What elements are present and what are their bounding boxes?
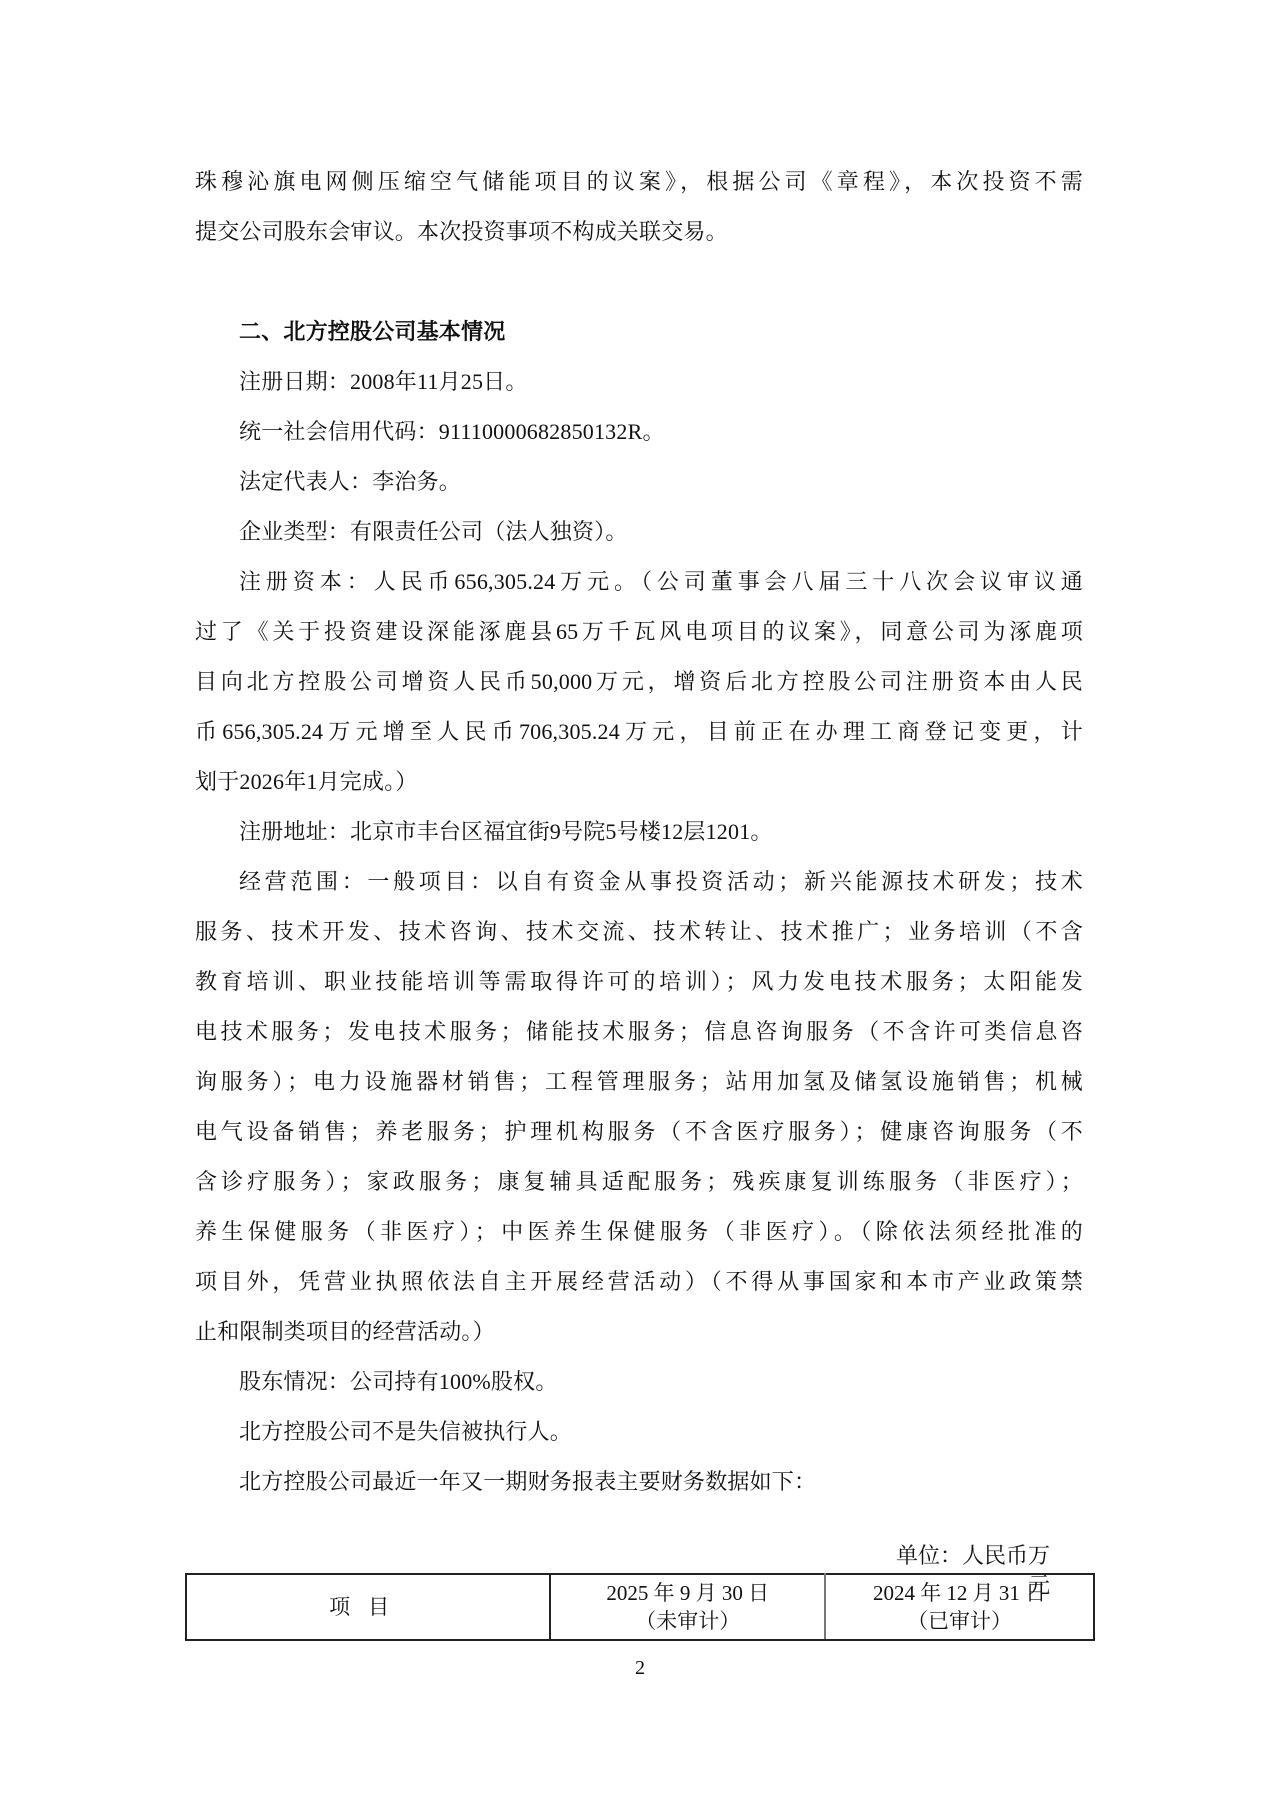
shareholder-info: 股东情况：公司持有100%股权。 xyxy=(239,1367,1083,1397)
business-scope-line-5: 询服务）；电力设施器材销售；工程管理服务；站用加氢及储氢设施销售；机械 xyxy=(195,1067,1083,1097)
header-2025-date: 2025 年 9 月 30 日 xyxy=(551,1579,824,1607)
business-scope-line-2: 服务、技术开发、技术咨询、技术交流、技术转让、技术推广；业务培训（不含 xyxy=(195,917,1083,947)
header-2024-date: 2024 年 12 月 31 日 xyxy=(826,1579,1093,1607)
credit-code: 统一社会信用代码：91110000682850132R。 xyxy=(239,417,1083,447)
registered-capital-line-5: 划于2026年1月完成。） xyxy=(195,767,1083,797)
registered-capital-line-2: 过了《关于投资建设深能涿鹿县65万千瓦风电项目的议案》，同意公司为涿鹿项 xyxy=(195,617,1083,647)
intro-line-1: 珠穆沁旗电网侧压缩空气储能项目的议案》，根据公司《章程》，本次投资不需 xyxy=(195,167,1083,197)
business-scope-line-1: 经营范围：一般项目：以自有资金从事投资活动；新兴能源技术研发；技术 xyxy=(239,867,1083,897)
section-heading: 二、北方控股公司基本情况 xyxy=(239,317,1083,347)
business-scope-line-4: 电技术服务；发电技术服务；储能技术服务；信息咨询服务（不含许可类信息咨 xyxy=(195,1017,1083,1047)
business-scope-line-9: 项目外，凭营业执照依法自主开展经营活动）（不得从事国家和本市产业政策禁 xyxy=(195,1267,1083,1297)
company-type: 企业类型：有限责任公司（法人独资）。 xyxy=(239,517,1083,547)
financial-data-intro: 北方控股公司最近一年又一期财务报表主要财务数据如下： xyxy=(239,1467,1083,1497)
registered-capital-line-4: 币656,305.24万元增至人民币706,305.24万元，目前正在办理工商登… xyxy=(195,717,1083,747)
legal-representative: 法定代表人：李治务。 xyxy=(239,467,1083,497)
registered-capital-line-3: 目向北方控股公司增资人民币50,000万元，增资后北方控股公司注册资本由人民 xyxy=(195,667,1083,697)
page-number: 2 xyxy=(630,1655,650,1681)
registration-date: 注册日期：2008年11月25日。 xyxy=(239,367,1083,397)
financial-table: 项目 2025 年 9 月 30 日 （未审计） 2024 年 12 月 31 … xyxy=(185,1573,1095,1641)
business-scope-line-8: 养生保健服务（非医疗）；中医养生保健服务（非医疗）。（除依法须经批准的 xyxy=(195,1217,1083,1247)
header-item-label: 项目 xyxy=(329,1595,407,1619)
header-2025-q3: 2025 年 9 月 30 日 （未审计） xyxy=(550,1574,825,1640)
business-scope-line-6: 电气设备销售；养老服务；护理机构服务（不含医疗服务）；健康咨询服务（不 xyxy=(195,1117,1083,1147)
registered-address: 注册地址：北京市丰台区福宜街9号院5号楼12层1201。 xyxy=(239,817,1083,847)
header-2024-audit-status: （已审计） xyxy=(826,1607,1093,1635)
business-scope-line-7: 含诊疗服务）；家政服务；康复辅具适配服务；残疾康复训练服务（非医疗）； xyxy=(195,1167,1083,1197)
registered-capital-line-1: 注册资本：人民币656,305.24万元。（公司董事会八届三十八次会议审议通 xyxy=(239,567,1083,597)
intro-line-2: 提交公司股东会审议。本次投资事项不构成关联交易。 xyxy=(195,217,1083,247)
header-2024-ye: 2024 年 12 月 31 日 （已审计） xyxy=(825,1574,1094,1640)
header-2025-audit-status: （未审计） xyxy=(551,1607,824,1635)
header-item: 项目 xyxy=(186,1574,550,1640)
business-scope-line-10: 止和限制类项目的经营活动。） xyxy=(195,1317,1083,1347)
not-dishonest-statement: 北方控股公司不是失信被执行人。 xyxy=(239,1417,1083,1447)
document-page: 珠穆沁旗电网侧压缩空气储能项目的议案》，根据公司《章程》，本次投资不需 提交公司… xyxy=(0,0,1280,1810)
table-header-row: 项目 2025 年 9 月 30 日 （未审计） 2024 年 12 月 31 … xyxy=(186,1574,1094,1640)
business-scope-line-3: 教育培训、职业技能培训等需取得许可的培训）；风力发电技术服务；太阳能发 xyxy=(195,967,1083,997)
